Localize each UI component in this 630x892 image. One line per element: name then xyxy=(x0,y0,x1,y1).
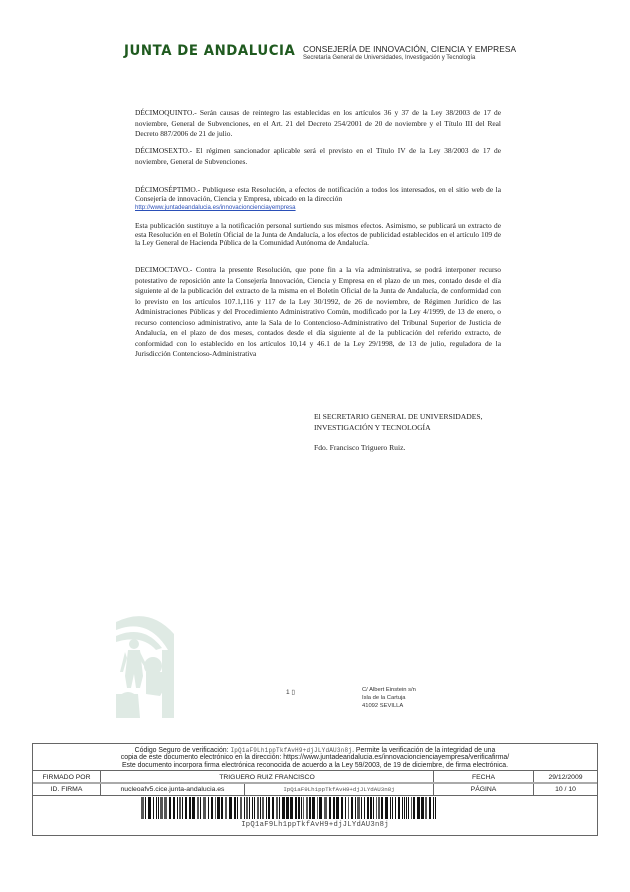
id-firma-value: nucleoafv5.cice.junta-andalucia.es xyxy=(100,784,244,795)
barcode-icon xyxy=(141,797,437,819)
paragraph-decimoquinto: DÉCIMOQUINTO.- Serán causas de reintegro… xyxy=(135,108,501,140)
junta-andalucia-seal-icon xyxy=(116,614,182,718)
signatory-title-line1: El SECRETARIO GENERAL DE UNIVERSIDADES, xyxy=(314,412,483,423)
signed-by: Fdo. Francisco Triguero Ruiz. xyxy=(314,443,405,454)
paragraph-decimosexto: DÉCIMOSEXTO.- El régimen sancionador apl… xyxy=(135,146,501,167)
id-firma-row: ID. FIRMA nucleoafv5.cice.junta-andaluci… xyxy=(33,782,597,796)
address-line3: 41092 SEVILLA xyxy=(362,702,416,710)
csv-suffix: . Permite la verificación de la integrid… xyxy=(352,747,495,754)
pagina-label: PÁGINA xyxy=(433,784,533,795)
csv-line2: copia de este documento electrónico en l… xyxy=(33,754,597,761)
csv-line1: Código Seguro de verificación: IpQ1aF9Lh… xyxy=(33,747,597,754)
id-firma-code: IpQ1aF9Lh1ppTkfAvH9+djJLYdAU3n8j xyxy=(244,784,433,795)
pagina-value: 10 / 10 xyxy=(533,784,597,795)
decimoseptimo-text: DÉCIMOSÉPTIMO.- Publíquese esta Resoluci… xyxy=(135,185,501,203)
consejeria-heading: CONSEJERÍA DE INNOVACIÓN, CIENCIA Y EMPR… xyxy=(303,44,516,54)
id-firma-label: ID. FIRMA xyxy=(33,784,100,795)
verification-text: Código Seguro de verificación: IpQ1aF9Lh… xyxy=(33,747,597,769)
paragraph-decimoseptimo: DÉCIMOSÉPTIMO.- Publíquese esta Resoluci… xyxy=(135,186,501,213)
address-line1: C/ Albert Einstein s/n xyxy=(362,686,416,694)
address-line2: Isla de la Cartuja xyxy=(362,694,416,702)
csv-code: IpQ1aF9Lh1ppTkfAvH9+djJLYdAU3n8j xyxy=(230,747,352,754)
secretaria-subheading: Secretaría General de Universidades, Inv… xyxy=(303,55,475,61)
signatory-title-line2: INVESTIGACIÓN Y TECNOLOGÍA xyxy=(314,423,483,434)
junta-de-andalucia-logo: JUNTA DE ANDALUCIA xyxy=(124,43,295,59)
verification-box: Código Seguro de verificación: IpQ1aF9Lh… xyxy=(32,743,598,836)
page-number: 1 ▯ xyxy=(286,688,295,696)
paragraph-decimoctavo: DECIMOCTAVO.- Contra la presente Resoluc… xyxy=(135,265,501,360)
signatory-title: El SECRETARIO GENERAL DE UNIVERSIDADES, … xyxy=(314,412,483,433)
paragraph-publicacion: Esta publicación sustituye a la notifica… xyxy=(135,222,501,248)
csv-prefix: Código Seguro de verificación: xyxy=(135,747,231,754)
consejeria-website-link[interactable]: http://www.juntadeandalucia.es/innovacio… xyxy=(135,204,296,211)
address-block: C/ Albert Einstein s/n Isla de la Cartuj… xyxy=(362,686,416,710)
csv-line3: Este documento incorpora firma electróni… xyxy=(33,762,597,769)
barcode-text: IpQ1aF9Lh1ppTkfAvH9+djJLYdAU3n8j xyxy=(33,821,597,829)
